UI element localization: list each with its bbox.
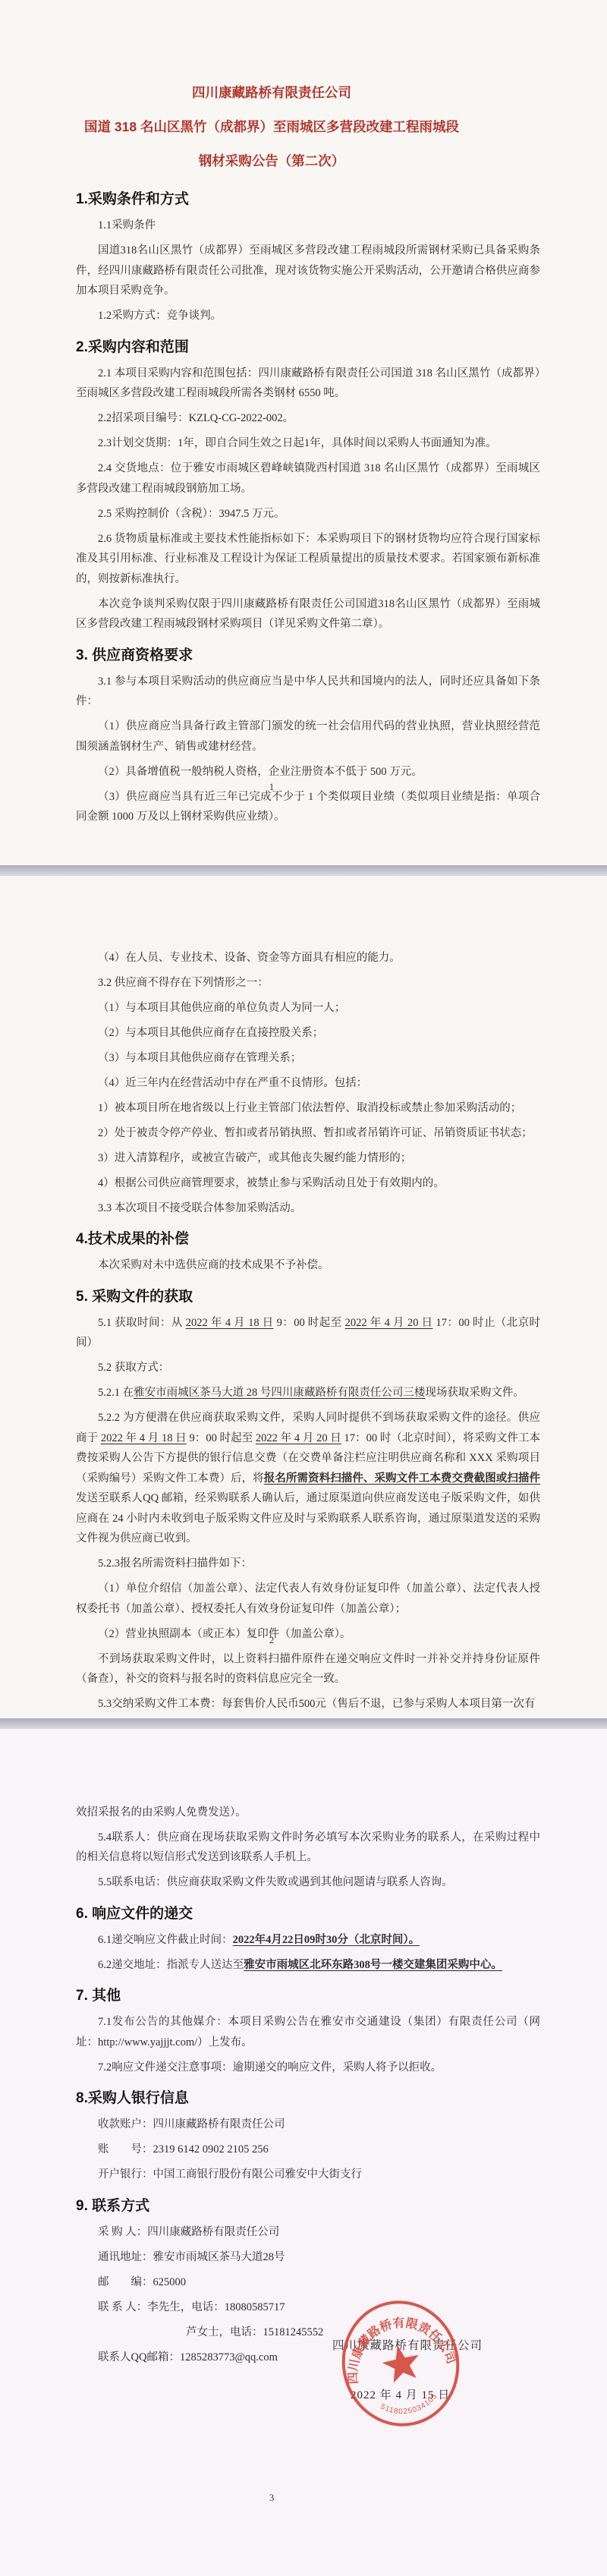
paragraph: 效招采报名的由采购人免费发送）。 bbox=[76, 1803, 540, 1823]
page-1: 四川康藏路桥有限责任公司国道 318 名山区黑竹（成都界）至雨城区多营段改建工程… bbox=[0, 0, 607, 865]
paragraph: （1）与本项目其他供应商的单位负责人为同一人； bbox=[76, 998, 540, 1019]
paragraph: 1.1采购条件 bbox=[76, 216, 540, 236]
page-3-content: 效招采报名的由采购人免费发送）。5.4联系人：供应商在现场获取采购文件时务必填写… bbox=[76, 1729, 540, 2367]
text-run: 现场获取采购文件。 bbox=[425, 1387, 524, 1399]
paragraph: 2.4 交货地点：位于雅安市雨城区碧峰峡镇陇西村国道 318 名山区黑竹（成都界… bbox=[76, 458, 540, 499]
section-heading: 2.采购内容和范围 bbox=[76, 337, 540, 357]
page-1-content: 四川康藏路桥有限责任公司国道 318 名山区黑竹（成都界）至雨城区多营段改建工程… bbox=[76, 0, 540, 827]
page-3: 效招采报名的由采购人免费发送）。5.4联系人：供应商在现场获取采购文件时务必填写… bbox=[0, 1729, 607, 2576]
underlined-text: 2022 年 4 月 18 日 bbox=[186, 1317, 274, 1329]
paragraph: （3）与本项目其他供应商存在管理关系； bbox=[76, 1048, 540, 1069]
paragraph: 1.2采购方式：竞争谈判。 bbox=[76, 306, 540, 326]
section-heading: 6. 响应文件的递交 bbox=[76, 1904, 540, 1924]
paragraph: 2.2招采项目编号：KZLQ-CG-2022-002。 bbox=[76, 408, 540, 429]
page-number: 2 bbox=[76, 1634, 467, 1646]
company-seal: 四川康藏路桥有限责任公司 5118025034105 bbox=[337, 2295, 464, 2432]
section-heading: 3. 供应商资格要求 bbox=[76, 645, 540, 666]
star-icon bbox=[379, 2341, 423, 2384]
page-separator bbox=[0, 865, 607, 876]
paragraph: 5.3交纳采购文件工本费：每套售价人民币500元（售后不退，已参与采购人本项目第… bbox=[76, 1694, 540, 1715]
paragraph: 4）根据公司供应商管理要求，被禁止参与采购活动且处于有效期内的。 bbox=[76, 1173, 540, 1194]
page-number: 1 bbox=[76, 781, 467, 793]
underlined-text: 2022 年 4 月 20 日 bbox=[345, 1317, 433, 1329]
document-title-line: 国道 318 名山区黑竹（成都界）至雨城区多营段改建工程雨城段 bbox=[76, 110, 467, 144]
text-run: 6.1递交响应文件截止时间： bbox=[98, 1934, 233, 1946]
paragraph: （1）供应商应当具备行政主管部门颁发的统一社会信用代码的营业执照，营业执照经营范… bbox=[76, 716, 540, 757]
paragraph: 2.3计划交货期：1年，即自合同生效之日起1年，具体时间以采购人书面通知为准。 bbox=[76, 433, 540, 454]
paragraph: 收款账户：四川康藏路桥有限责任公司 bbox=[76, 2115, 540, 2135]
section-heading: 5. 采购文件的获取 bbox=[76, 1286, 540, 1307]
paragraph: 采 购 人：四川康藏路桥有限责任公司 bbox=[76, 2222, 540, 2243]
paragraph: 联 系 人：李先生，电话：18080585717 bbox=[76, 2297, 540, 2318]
paragraph: （4）近三年内在经营活动中存在严重不良情形。包括： bbox=[76, 1073, 540, 1094]
paragraph: （1）单位介绍信（加盖公章）、法定代表人有效身份证复印件（加盖公章）、法定代表人… bbox=[76, 1579, 540, 1619]
paragraph: 本次采购对未中选供应商的技术成果不予补偿。 bbox=[76, 1255, 540, 1276]
paragraph: （4）在人员、专业技术、设备、资金等方面具有相应的能力。 bbox=[76, 948, 540, 968]
paragraph: 国道318名山区黑竹（成都界）至雨城区多营段改建工程雨城段所需钢材采购已具备采购… bbox=[76, 241, 540, 301]
paragraph: 6.2递交地址：指派专人送达至雅安市雨城区北环东路308号一楼交建集团采购中心。 bbox=[76, 1955, 540, 1976]
underlined-text: 雅安市雨城区北环东路308号一楼交建集团采购中心。 bbox=[244, 1959, 502, 1971]
section-heading: 8.采购人银行信息 bbox=[76, 2088, 540, 2108]
text-run: 发送至联系人QQ 邮箱，经采购联系人确认后，通过原渠道向供应商发送电子版采购文件… bbox=[76, 1492, 540, 1545]
page-2-content: （4）在人员、专业技术、设备、资金等方面具有相应的能力。3.2 供应商不得存在下… bbox=[76, 876, 540, 1715]
text-run: 9：00 时起至 bbox=[274, 1317, 345, 1329]
paragraph: （2）与本项目其他供应商存在直接控股关系； bbox=[76, 1023, 540, 1044]
underlined-text: 雅安市雨城区茶马大道 28 号四川康藏路桥有限责任公司三楼 bbox=[134, 1387, 425, 1399]
section-heading: 1.采购条件和方式 bbox=[76, 189, 540, 209]
procurement-notice-document: 四川康藏路桥有限责任公司国道 318 名山区黑竹（成都界）至雨城区多营段改建工程… bbox=[0, 0, 607, 2576]
paragraph: 3）进入清算程序，或被宣告破产，或其他丧失履约能力情形的； bbox=[76, 1148, 540, 1169]
text-run: 5.2.1 在 bbox=[98, 1387, 134, 1399]
paragraph: 不到场获取采购文件时，以上资料扫描件原件在递交响应文件时一并补交并持身份证原件（… bbox=[76, 1649, 540, 1690]
paragraph: 5.1 获取时间：从 2022 年 4 月 18 日 9：00 时起至 2022… bbox=[76, 1313, 540, 1353]
paragraph: 2.6 货物质量标准或主要技术性能指标如下：本采购项目下的钢材货物均应符合现行国… bbox=[76, 529, 540, 590]
paragraph: 邮 编：625000 bbox=[76, 2272, 540, 2293]
document-title-line: 四川康藏路桥有限责任公司 bbox=[76, 76, 467, 110]
paragraph: 开户银行：中国工商银行股份有限公司雅安中大街支行 bbox=[76, 2165, 540, 2185]
paragraph: （2）具备增值税一般纳税人资格，企业注册资本不低于 500 万元。 bbox=[76, 762, 540, 783]
paragraph: 5.2.1 在雅安市雨城区茶马大道 28 号四川康藏路桥有限责任公司三楼现场获取… bbox=[76, 1383, 540, 1403]
paragraph: 2.5 采购控制价（含税）：3947.5 万元。 bbox=[76, 504, 540, 524]
paragraph: 2.1 本项目采购内容和范围包括：四川康藏路桥有限责任公司国道 318 名山区黑… bbox=[76, 364, 540, 404]
section-heading: 4.技术成果的补偿 bbox=[76, 1229, 540, 1249]
paragraph: 2）处于被责令停产停业、暂扣或者吊销执照、暂扣或者吊销许可证、吊销资质证书状态； bbox=[76, 1123, 540, 1144]
paragraph: 5.5联系电话：供应商获取采购文件失败或遇到其他问题请与联系人咨询。 bbox=[76, 1872, 540, 1893]
paragraph: 5.2.3报名所需资料扫描件如下： bbox=[76, 1554, 540, 1574]
paragraph: 通讯地址：雅安市雨城区茶马大道28号 bbox=[76, 2247, 540, 2268]
paragraph: 5.2.2 为方便潜在供应商获取采购文件，采购人同时提供不到场获取采购文件的途径… bbox=[76, 1408, 540, 1549]
paragraph: 3.1 参与本项目采购活动的供应商应当是中华人民共和国境内的法人，同时还应具备如… bbox=[76, 672, 540, 712]
page-2: （4）在人员、专业技术、设备、资金等方面具有相应的能力。3.2 供应商不得存在下… bbox=[0, 876, 607, 1718]
paragraph: 7.2响应文件递交注意事项：逾期递交的响应文件，采购人将予以拒收。 bbox=[76, 2058, 540, 2078]
paragraph: 5.2 获取方式： bbox=[76, 1358, 540, 1378]
paragraph: 3.2 供应商不得存在下列情形之一： bbox=[76, 973, 540, 994]
page-separator bbox=[0, 1718, 607, 1729]
document-title-line: 钢材采购公告（第二次） bbox=[76, 144, 467, 178]
paragraph: 账 号：2319 6142 0902 2105 256 bbox=[76, 2140, 540, 2160]
section-heading: 9. 联系方式 bbox=[76, 2196, 540, 2216]
paragraph: 5.4联系人：供应商在现场获取采购文件时务必填写本次采购业务的联系人，在采购过程… bbox=[76, 1828, 540, 1868]
underlined-text: 2022 年 4 月 18 日 bbox=[101, 1432, 187, 1444]
text-run: 6.2递交地址：指派专人送达至 bbox=[98, 1959, 244, 1971]
underlined-text: 2022 年 4 月 20 日 bbox=[256, 1432, 341, 1444]
paragraph: 1）被本项目所在地省级以上行业主管部门依法暂停、取消投标或禁止参加采购活动的； bbox=[76, 1098, 540, 1119]
text-run: 9：00 时起至 bbox=[187, 1432, 256, 1444]
paragraph: 6.1递交响应文件截止时间：2022年4月22日09时30分（北京时间）。 bbox=[76, 1930, 540, 1951]
paragraph: 3.3 本次项目不接受联合体参加采购活动。 bbox=[76, 1198, 540, 1219]
text-run: 5.1 获取时间：从 bbox=[98, 1317, 186, 1329]
paragraph: 7.1发布公告的其他媒介：本项目采购公告在雅安市交通建设（集团）有限责任公司（网… bbox=[76, 2012, 540, 2052]
paragraph: 本次竞争谈判采购仅限于四川康藏路桥有限责任公司国道318名山区黑竹（成都界）至雨… bbox=[76, 594, 540, 635]
underlined-text: 报名所需资料扫描件、采购文件工本费交费截图或扫描件 bbox=[264, 1472, 540, 1485]
page-number: 3 bbox=[76, 2492, 467, 2504]
underlined-text: 2022年4月22日09时30分（北京时间）。 bbox=[233, 1934, 420, 1946]
section-heading: 7. 其他 bbox=[76, 1986, 540, 2006]
